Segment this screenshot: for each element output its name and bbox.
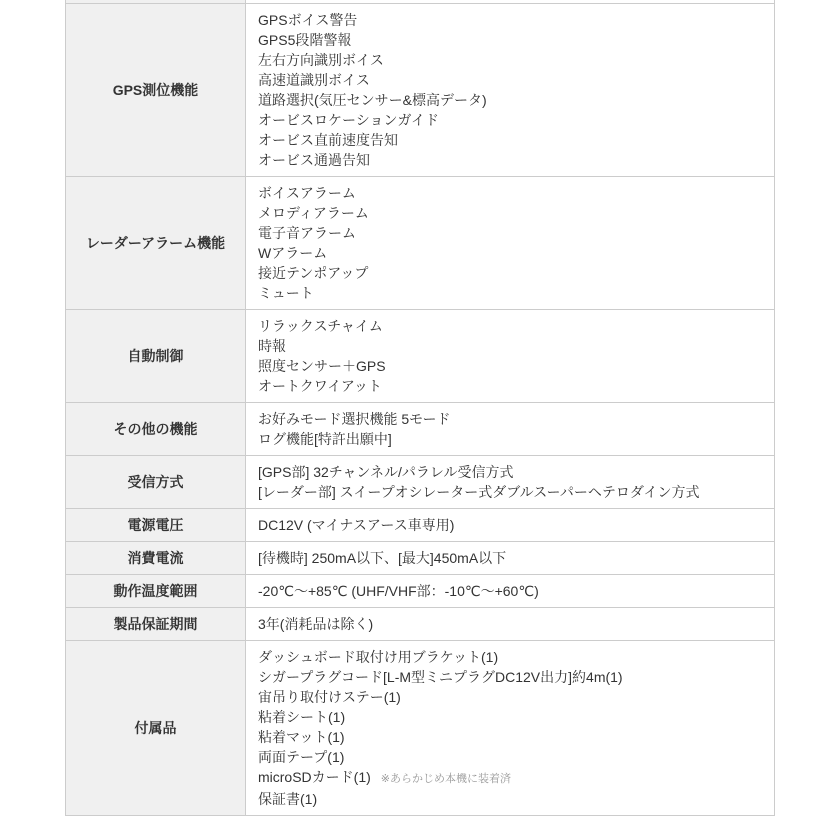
spec-row: 消費電流[待機時] 250mA以下、[最大]450mA以下 [66, 542, 775, 575]
spec-value-line: ログ機能[特許出願中] [258, 429, 762, 449]
spec-label-cell: 付属品 [66, 641, 246, 816]
spec-value-line: オービス通過告知 [258, 150, 762, 170]
spec-value-cell: DC12V (マイナスアース車専用) [246, 509, 775, 542]
spec-row: 製品保証期間3年(消耗品は除く) [66, 608, 775, 641]
spec-value-line: 左右方向識別ボイス [258, 50, 762, 70]
spec-label-cell: 製品保証期間 [66, 608, 246, 641]
spec-row: 付属品ダッシュボード取付け用ブラケット(1)シガープラグコード[L-M型ミニプラ… [66, 641, 775, 816]
spec-value-line: リラックスチャイム [258, 316, 762, 336]
spec-value-line: microSDカード(1)※あらかじめ本機に装着済 [258, 767, 762, 789]
spec-row: その他の機能お好みモード選択機能 5モードログ機能[特許出願中] [66, 403, 775, 456]
spec-label-cell: 電源電圧 [66, 509, 246, 542]
spec-label-cell: その他の機能 [66, 403, 246, 456]
spec-value-cell: リラックスチャイム時報照度センサー＋GPSオートクワイアット [246, 310, 775, 403]
spec-value-line: [GPS部] 32チャンネル/パラレル受信方式 [258, 462, 762, 482]
spec-value-line: GPSボイス警告 [258, 10, 762, 30]
spec-value-line: [待機時] 250mA以下、[最大]450mA以下 [258, 548, 762, 568]
spec-label-cell: 受信方式 [66, 456, 246, 509]
spec-label-cell: 自動制御 [66, 310, 246, 403]
spec-label-cell: GPS測位機能 [66, 4, 246, 177]
spec-value-line: ダッシュボード取付け用ブラケット(1) [258, 647, 762, 667]
spec-value-line: オービスロケーションガイド [258, 110, 762, 130]
spec-value-line: 粘着シート(1) [258, 707, 762, 727]
spec-row: 電源電圧DC12V (マイナスアース車専用) [66, 509, 775, 542]
spec-value-cell: お好みモード選択機能 5モードログ機能[特許出願中] [246, 403, 775, 456]
spec-value-line: 宙吊り取付けステー(1) [258, 687, 762, 707]
spec-value-cell: ダッシュボード取付け用ブラケット(1)シガープラグコード[L-M型ミニプラグDC… [246, 641, 775, 816]
spec-value-cell: -20℃～+85℃ (UHF/VHF部：-10℃～+60℃) [246, 575, 775, 608]
spec-value-line: シガープラグコード[L-M型ミニプラグDC12V出力]約4m(1) [258, 667, 762, 687]
spec-value-line: オートクワイアット [258, 376, 762, 396]
spec-value-line: 保証書(1) [258, 789, 762, 809]
spec-value-cell: [待機時] 250mA以下、[最大]450mA以下 [246, 542, 775, 575]
spec-value-line: DC12V (マイナスアース車専用) [258, 515, 762, 535]
spec-value-line: 3年(消耗品は除く) [258, 614, 762, 634]
spec-value-cell: [GPS部] 32チャンネル/パラレル受信方式[レーダー部] スイープオシレータ… [246, 456, 775, 509]
spec-value-line: オービス直前速度告知 [258, 130, 762, 150]
spec-row: 動作温度範囲-20℃～+85℃ (UHF/VHF部：-10℃～+60℃) [66, 575, 775, 608]
spec-value-line: 道路選択(気圧センサー&標高データ) [258, 90, 762, 110]
spec-value-line: ミュート [258, 283, 762, 303]
spec-row: レーダーアラーム機能ボイスアラームメロディアラーム電子音アラームWアラーム接近テ… [66, 177, 775, 310]
spec-value-line: 接近テンポアップ [258, 263, 762, 283]
spec-value-line: [レーダー部] スイープオシレーター式ダブルスーパーヘテロダイン方式 [258, 482, 762, 502]
spec-row: 受信方式[GPS部] 32チャンネル/パラレル受信方式[レーダー部] スイープオ… [66, 456, 775, 509]
spec-value-line: 照度センサー＋GPS [258, 356, 762, 376]
product-spec-table: GPS測位機能GPSボイス警告GPS5段階警報左右方向識別ボイス高速道識別ボイス… [65, 0, 775, 816]
spec-value-cell: GPSボイス警告GPS5段階警報左右方向識別ボイス高速道識別ボイス道路選択(気圧… [246, 4, 775, 177]
spec-label-cell: 消費電流 [66, 542, 246, 575]
spec-label-cell: 動作温度範囲 [66, 575, 246, 608]
spec-value-line: ボイスアラーム [258, 183, 762, 203]
spec-value-cell: ボイスアラームメロディアラーム電子音アラームWアラーム接近テンポアップミュート [246, 177, 775, 310]
spec-value-line: メロディアラーム [258, 203, 762, 223]
spec-value-line: 時報 [258, 336, 762, 356]
spec-value-line: お好みモード選択機能 5モード [258, 409, 762, 429]
spec-value-note: ※あらかじめ本機に装着済 [381, 773, 511, 785]
spec-value-line: 両面テープ(1) [258, 747, 762, 767]
spec-value-cell: 3年(消耗品は除く) [246, 608, 775, 641]
spec-label-cell: レーダーアラーム機能 [66, 177, 246, 310]
spec-table-body: GPS測位機能GPSボイス警告GPS5段階警報左右方向識別ボイス高速道識別ボイス… [66, 0, 775, 816]
spec-value-line: 高速道識別ボイス [258, 70, 762, 90]
spec-value-line: GPS5段階警報 [258, 30, 762, 50]
spec-value-line: 電子音アラーム [258, 223, 762, 243]
spec-value-text: microSDカード(1) [258, 769, 371, 785]
spec-value-line: 粘着マット(1) [258, 727, 762, 747]
spec-row: GPS測位機能GPSボイス警告GPS5段階警報左右方向識別ボイス高速道識別ボイス… [66, 4, 775, 177]
spec-value-line: Wアラーム [258, 243, 762, 263]
spec-row: 自動制御リラックスチャイム時報照度センサー＋GPSオートクワイアット [66, 310, 775, 403]
spec-value-line: -20℃～+85℃ (UHF/VHF部：-10℃～+60℃) [258, 581, 762, 601]
